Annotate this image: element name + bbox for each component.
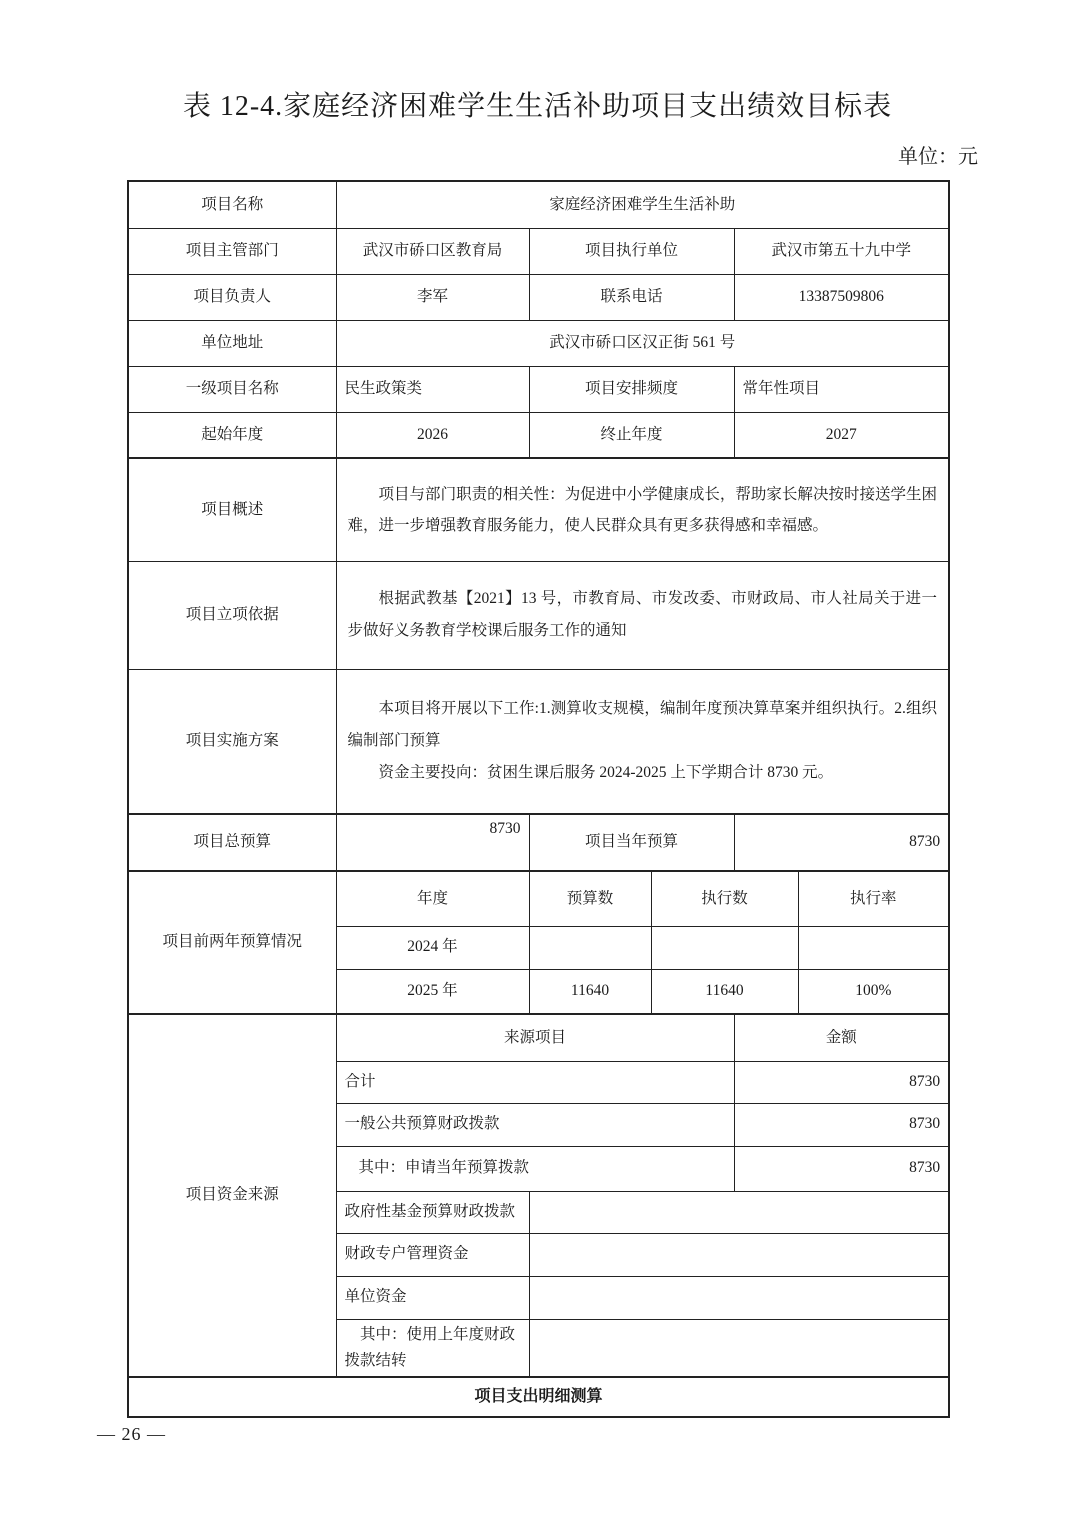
row-overview: 项目概述 项目与部门职责的相关性：为促进中小学健康成长，帮助家长解决按时接送学生… — [128, 458, 949, 561]
total-budget-value: 8730 — [336, 814, 529, 871]
detail-section-title: 项目支出明细测算 — [128, 1377, 949, 1417]
end-year-value: 2027 — [734, 412, 949, 458]
prev-years-header-year: 年度 — [336, 871, 529, 926]
prev-budget-2025: 11640 — [529, 969, 651, 1014]
funding-current-year-request-amount: 8730 — [734, 1146, 949, 1191]
project-name-label: 项目名称 — [128, 181, 336, 228]
row-basis: 项目立项依据 根据武教基【2021】13 号，市教育局、市发改委、市财政局、市人… — [128, 561, 949, 669]
prev-years-header-rate: 执行率 — [798, 871, 949, 926]
freq-label: 项目安排频度 — [529, 366, 734, 412]
freq-value: 常年性项目 — [734, 366, 949, 412]
row-plan: 项目实施方案 本项目将开展以下工作:1.测算收支规模，编制年度预决算草案并组织执… — [128, 669, 949, 814]
unit-row: 单位：元 — [127, 144, 978, 170]
row-dept: 项目主管部门 武汉市硚口区教育局 项目执行单位 武汉市第五十九中学 — [128, 228, 949, 274]
basis-label: 项目立项依据 — [128, 561, 336, 669]
start-year-value: 2026 — [336, 412, 529, 458]
overview-text: 项目与部门职责的相关性：为促进中小学健康成长，帮助家长解决按时接送学生困难，进一… — [348, 479, 938, 541]
funding-public-budget-amount: 8730 — [734, 1103, 949, 1146]
page-footer: — 26 — — [97, 1424, 166, 1445]
funding-unit-funds-amount — [529, 1276, 949, 1319]
start-year-label: 起始年度 — [128, 412, 336, 458]
row-level1: 一级项目名称 民生政策类 项目安排频度 常年性项目 — [128, 366, 949, 412]
row-address: 单位地址 武汉市硚口区汉正街 561 号 — [128, 320, 949, 366]
performance-target-table: 项目名称 家庭经济困难学生生活补助 项目主管部门 武汉市硚口区教育局 项目执行单… — [127, 180, 950, 1418]
prev-years-header-budget: 预算数 — [529, 871, 651, 926]
funding-fiscal-account-amount — [529, 1233, 949, 1276]
exec-unit-value: 武汉市第五十九中学 — [734, 228, 949, 274]
page-number: — 26 — — [97, 1424, 166, 1444]
funding-unit-funds-label: 单位资金 — [336, 1276, 529, 1319]
prev-year-2025: 2025 年 — [336, 969, 529, 1014]
row-years: 起始年度 2026 终止年度 2027 — [128, 412, 949, 458]
prev-years-header-executed: 执行数 — [651, 871, 798, 926]
row-detail-title: 项目支出明细测算 — [128, 1377, 949, 1417]
funding-carryover-text: 其中：使用上年度财政拨款结转 — [345, 1322, 523, 1374]
leader-label: 项目负责人 — [128, 274, 336, 320]
row-leader: 项目负责人 李军 联系电话 13387509806 — [128, 274, 949, 320]
plan-paragraph-2: 资金主要投向：贫困生课后服务 2024-2025 上下学期合计 8730 元。 — [348, 757, 938, 789]
project-name-value: 家庭经济困难学生生活补助 — [336, 181, 949, 228]
total-budget-label: 项目总预算 — [128, 814, 336, 871]
leader-value: 李军 — [336, 274, 529, 320]
prev-budget-2024 — [529, 926, 651, 969]
level1-value: 民生政策类 — [336, 366, 529, 412]
phone-label: 联系电话 — [529, 274, 734, 320]
address-value: 武汉市硚口区汉正街 561 号 — [336, 320, 949, 366]
funding-gov-fund-amount — [529, 1191, 949, 1233]
row-prev-years-header: 项目前两年预算情况 年度 预算数 执行数 执行率 — [128, 871, 949, 926]
funding-total-label: 合计 — [336, 1061, 734, 1103]
unit-label: 单位：元 — [898, 146, 978, 168]
address-label: 单位地址 — [128, 320, 336, 366]
funding-header-source: 来源项目 — [336, 1014, 734, 1061]
basis-text: 根据武教基【2021】13 号，市教育局、市发改委、市财政局、市人社局关于进一步… — [348, 583, 938, 647]
overview-value: 项目与部门职责的相关性：为促进中小学健康成长，帮助家长解决按时接送学生困难，进一… — [336, 458, 949, 561]
prev-executed-2024 — [651, 926, 798, 969]
current-budget-label: 项目当年预算 — [529, 814, 734, 871]
document-page: 表 12-4.家庭经济困难学生生活补助项目支出绩效目标表 单位：元 项目名称 家… — [0, 0, 1074, 1520]
row-project-name: 项目名称 家庭经济困难学生生活补助 — [128, 181, 949, 228]
level1-label: 一级项目名称 — [128, 366, 336, 412]
plan-label: 项目实施方案 — [128, 669, 336, 814]
funding-gov-fund-label: 政府性基金预算财政拨款 — [336, 1191, 529, 1233]
funding-header-amount: 金额 — [734, 1014, 949, 1061]
prev-executed-2025: 11640 — [651, 969, 798, 1014]
exec-unit-label: 项目执行单位 — [529, 228, 734, 274]
funding-current-year-request-label: 其中：申请当年预算拨款 — [336, 1146, 734, 1191]
prev-rate-2025: 100% — [798, 969, 949, 1014]
plan-paragraph-1: 本项目将开展以下工作:1.测算收支规模，编制年度预决算草案并组织执行。2.组织编… — [348, 693, 938, 757]
funding-carryover-amount — [529, 1319, 949, 1377]
current-budget-value: 8730 — [734, 814, 949, 871]
funding-public-budget-label: 一般公共预算财政拨款 — [336, 1103, 734, 1146]
prev-rate-2024 — [798, 926, 949, 969]
funding-fiscal-account-label: 财政专户管理资金 — [336, 1233, 529, 1276]
funding-carryover-label: 其中：使用上年度财政拨款结转 — [336, 1319, 529, 1377]
prev-years-label: 项目前两年预算情况 — [128, 871, 336, 1014]
plan-value: 本项目将开展以下工作:1.测算收支规模，编制年度预决算草案并组织执行。2.组织编… — [336, 669, 949, 814]
funding-total-amount: 8730 — [734, 1061, 949, 1103]
row-funding-header: 项目资金来源 来源项目 金额 — [128, 1014, 949, 1061]
page-title: 表 12-4.家庭经济困难学生生活补助项目支出绩效目标表 — [127, 0, 948, 126]
funding-label: 项目资金来源 — [128, 1014, 336, 1377]
end-year-label: 终止年度 — [529, 412, 734, 458]
prev-year-2024: 2024 年 — [336, 926, 529, 969]
row-total-budget: 项目总预算 8730 项目当年预算 8730 — [128, 814, 949, 871]
phone-value: 13387509806 — [734, 274, 949, 320]
dept-label: 项目主管部门 — [128, 228, 336, 274]
basis-value: 根据武教基【2021】13 号，市教育局、市发改委、市财政局、市人社局关于进一步… — [336, 561, 949, 669]
overview-label: 项目概述 — [128, 458, 336, 561]
dept-value: 武汉市硚口区教育局 — [336, 228, 529, 274]
